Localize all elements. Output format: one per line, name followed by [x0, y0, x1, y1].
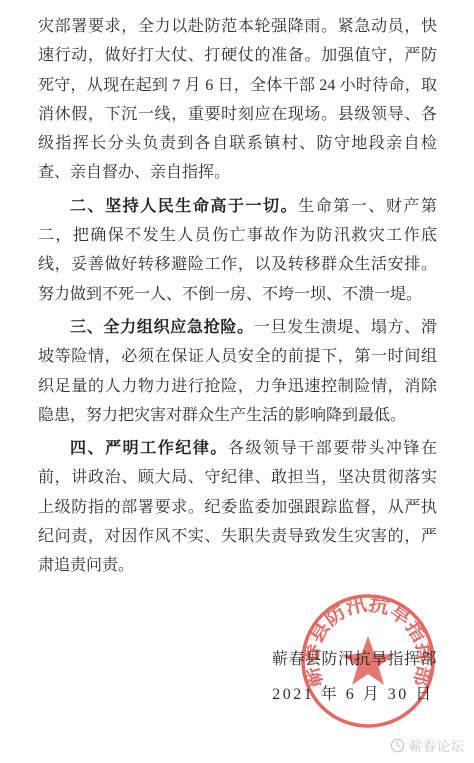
signature-block: 蕲春县防汛抗旱指挥部 2021 年 6 月 30 日 [272, 646, 434, 704]
paragraph-text: 各级领导干部要带头冲锋在前，讲政治、顾大局、守纪律、敢担当，坚决贯彻落实上级防指… [38, 440, 437, 574]
paragraph-text: 灾部署要求，全力以赴防范本轮强降雨。紧急动员，快速行动，做好打大仗、打硬仗的准备… [38, 18, 437, 181]
paragraph-lead: 四、严明工作纪律。 [70, 440, 228, 457]
paragraph-section-4: 四、严明工作纪律。各级领导干部要带头冲锋在前，讲政治、顾大局、守纪律、敢担当，坚… [38, 434, 437, 580]
scanned-document-page: 灾部署要求，全力以赴防范本轮强降雨。紧急动员，快速行动，做好打大仗、打硬仗的准备… [0, 0, 474, 763]
paragraph-section-2: 二、坚持人民生命高于一切。生命第一、财产第二，把确保不发生人员伤亡事故作为防汛救… [38, 192, 437, 309]
issue-date: 2021 年 6 月 30 日 [272, 681, 434, 704]
forum-watermark-label: 蕲春论坛 [409, 736, 465, 755]
forum-watermark: 蕲春论坛 [390, 736, 465, 755]
paragraph-continuation: 灾部署要求，全力以赴防范本轮强降雨。紧急动员，快速行动，做好打大仗、打硬仗的准备… [38, 12, 437, 188]
issuing-authority: 蕲春县防汛抗旱指挥部 [272, 646, 434, 669]
forum-logo-icon [390, 738, 405, 753]
paragraph-lead: 二、坚持人民生命高于一切。 [70, 198, 298, 215]
paragraph-lead: 三、全力组织应急抢险。 [70, 319, 254, 336]
document-body: 灾部署要求，全力以赴防范本轮强降雨。紧急动员，快速行动，做好打大仗、打硬仗的准备… [38, 12, 437, 585]
paragraph-section-3: 三、全力组织应急抢险。一旦发生溃堤、塌方、滑坡等险情，必须在保证人员安全的前提下… [38, 313, 437, 430]
